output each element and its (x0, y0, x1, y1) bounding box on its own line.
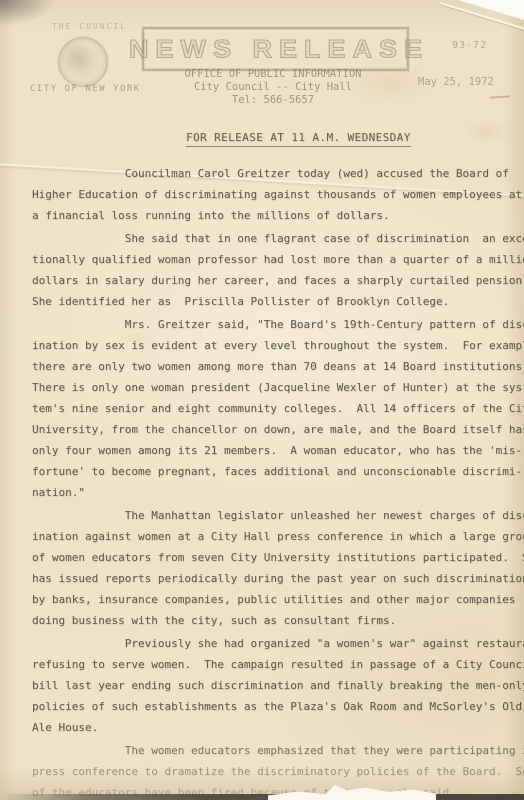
body-line: dollars in salary during her career, and… (32, 270, 524, 291)
body-line: She identified her as Priscilla Polliste… (32, 291, 524, 312)
paper-stain (465, 118, 509, 144)
body-line: of women educators from seven City Unive… (32, 547, 524, 568)
body-line: a financial loss running into the millio… (32, 205, 524, 226)
release-date: May 25, 1972 (418, 76, 494, 88)
body-line: tem's nine senior and eight community co… (32, 398, 524, 419)
body-line: ination against women at a City Hall pre… (32, 526, 524, 547)
body-line: by banks, insurance companies, public ut… (32, 589, 524, 610)
body-line: doing business with the city, such as co… (32, 610, 524, 631)
body-line: Mrs. Greitzer said, "The Board's 19th-Ce… (32, 314, 524, 335)
office-line: OFFICE OF PUBLIC INFORMATION (158, 68, 388, 81)
office-line: Tel: 566-5657 (158, 94, 388, 107)
body-line: press conference to dramatize the discri… (32, 761, 524, 782)
body-line: University, from the chancellor on down,… (32, 419, 524, 440)
body-line: The Manhattan legislator unleashed her n… (32, 505, 524, 526)
body-line: There is only one woman president (Jacqu… (32, 377, 524, 398)
body-line: Higher Education of discriminating again… (32, 184, 524, 205)
ink-smudge (490, 95, 510, 98)
body-line: ination by sex is evident at every level… (32, 335, 524, 356)
body-line: Ale House. (32, 717, 524, 738)
body-line: Councilman Carol Greitzer today (wed) ac… (32, 163, 524, 184)
body-line: has issued reports periodically during t… (32, 568, 524, 589)
city-label: CITY OF NEW YORK (30, 84, 141, 94)
office-block: OFFICE OF PUBLIC INFORMATION City Counci… (158, 68, 388, 107)
body-line: refusing to serve women. The campaign re… (32, 654, 524, 675)
release-number: 93-72 (452, 40, 487, 51)
office-line: City Council -- City Hall (158, 81, 388, 94)
stamp-text: NEWS RELEASE (122, 35, 429, 64)
body-line: there are only two women among more than… (32, 356, 524, 377)
council-label: THE COUNCIL (52, 22, 127, 31)
body-line: The women educators emphasized that they… (32, 740, 524, 761)
scan-edge (0, 794, 524, 800)
body-line: She said that in one flagrant case of di… (32, 228, 524, 249)
corner-shadow (0, 0, 56, 26)
city-seal-icon (58, 37, 108, 87)
body-line: tionally qualified woman professor had l… (32, 249, 524, 270)
body-line: policies of such establishments as the P… (32, 696, 524, 717)
body-line: Previously she had organized "a women's … (32, 633, 524, 654)
body-line: only four women among its 21 members. A … (32, 440, 524, 461)
body-line: bill last year ending such discriminatio… (32, 675, 524, 696)
news-release-page: THE COUNCIL CITY OF NEW YORK NEWS RELEAS… (0, 0, 524, 800)
body-line: nation." (32, 482, 524, 503)
release-heading: FOR RELEASE AT 11 A.M. WEDNESDAY (186, 131, 411, 147)
news-release-stamp: NEWS RELEASE (142, 27, 409, 71)
body-line: fortune' to become pregnant, faces addit… (32, 461, 524, 482)
document-body: Councilman Carol Greitzer today (wed) ac… (32, 163, 524, 800)
